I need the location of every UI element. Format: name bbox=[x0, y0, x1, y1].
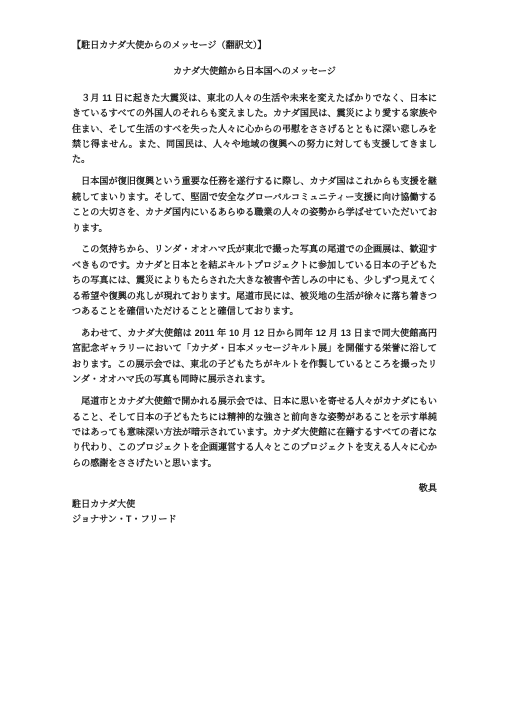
document-page: 【駐日カナダ大使からのメッセージ（翻訳文）】 カナダ大使館から日本国へのメッセー… bbox=[0, 0, 508, 718]
closing-salutation: 敬具 bbox=[72, 481, 437, 496]
paragraph-2: 日本国が復旧復興という重要な任務を遂行するに際し、カナダ国はこれからも支援を継続… bbox=[72, 174, 437, 236]
paragraph-1: ３月 11 日に起きた大震災は、東北の人々の生活や未来を変えたばかりでなく、日本… bbox=[72, 91, 437, 168]
signature-name: ジョナサン・T・フリード bbox=[72, 512, 437, 527]
paragraph-4: あわせて、カナダ大使館は 2011 年 10 月 12 日から同年 12 月 1… bbox=[72, 326, 437, 388]
signature-title: 駐日カナダ大使 bbox=[72, 497, 437, 512]
letter-title: カナダ大使館から日本国へのメッセージ bbox=[72, 64, 437, 79]
letter-header: 【駐日カナダ大使からのメッセージ（翻訳文）】 bbox=[72, 38, 437, 53]
paragraph-5: 尾道市とカナダ大使館で開かれる展示会では、日本に思いを寄せる人々がカナダにもいる… bbox=[72, 394, 437, 471]
letter-content: 【駐日カナダ大使からのメッセージ（翻訳文）】 カナダ大使館から日本国へのメッセー… bbox=[72, 38, 437, 527]
paragraph-3: この気持ちから、リンダ・オオハマ氏が東北で撮った写真の尾道での企画展は、歓迎すべ… bbox=[72, 242, 437, 319]
